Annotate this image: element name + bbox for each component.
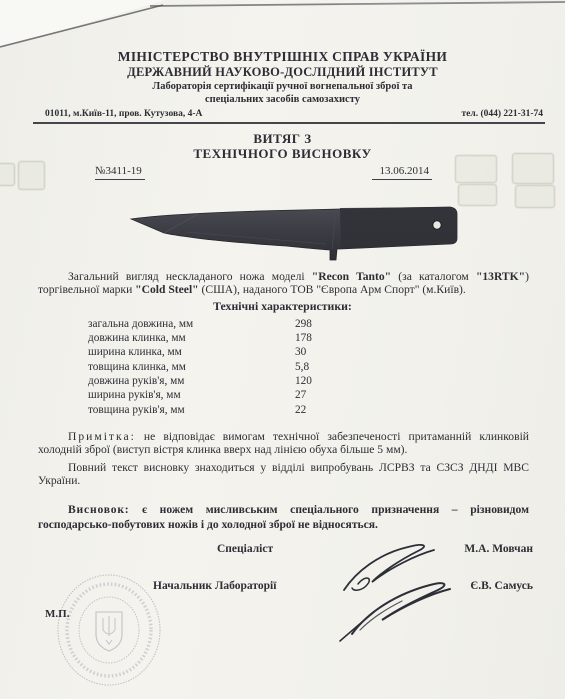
address-row: 01011, м.Київ-11, пров. Кутузова, 4-А те…	[33, 109, 545, 124]
letterhead: МІНІСТЕРСТВО ВНУТРІШНІХ СПРАВ УКРАЇНИ ДЕ…	[0, 0, 565, 106]
signer-name: Є.В. Самусь	[470, 580, 533, 592]
number-date-row: №3411-19 13.06.2014	[95, 164, 432, 180]
stamp-place-label: М.П.	[45, 608, 565, 620]
specs-table: загальна довжина, мм 298 довжина клинка,…	[88, 317, 312, 417]
phone-number: тел. (044) 221-31-74	[462, 109, 544, 119]
postal-address: 01011, м.Київ-11, пров. Кутузова, 4-А	[45, 109, 202, 119]
model-name: "Recon Tanto"	[312, 270, 391, 283]
table-row: довжина клинка, мм 178	[88, 331, 312, 345]
signature-row-lab-head: Начальник Лабораторії Є.В. Самусь	[0, 580, 565, 595]
note-paragraph: Примітка: не відповідає вимогам технічно…	[38, 430, 529, 457]
description-text: Загальний вигляд нескладаного ножа модел…	[68, 270, 312, 283]
scan-artifact-ghost-cell	[458, 184, 497, 206]
catalog-code: "13RTK"	[476, 270, 525, 283]
brand-name: "Cold Steel"	[135, 283, 198, 296]
table-row: ширина руків'я, мм 27	[88, 388, 312, 402]
scan-artifact-ghost-cell	[0, 163, 15, 186]
note-label: Примітка:	[68, 430, 136, 443]
scan-artifact-ghost-cell	[455, 155, 497, 183]
table-row: товщина клинка, мм 5,8	[88, 360, 312, 374]
signer-role: Начальник Лабораторії	[153, 580, 276, 592]
ministry-name: МІНІСТЕРСТВО ВНУТРІШНІХ СПРАВ УКРАЇНИ	[0, 49, 565, 65]
table-row: загальна довжина, мм 298	[88, 317, 312, 331]
table-row: товщина руків'я, мм 22	[88, 403, 312, 417]
document-number: №3411-19	[95, 164, 145, 180]
knife-photo	[126, 202, 462, 264]
full-text-paragraph: Повний текст висновку знаходиться у відд…	[38, 461, 529, 488]
signer-role: Спеціаліст	[217, 543, 273, 555]
title-line1: ВИТЯГ З	[0, 131, 565, 146]
scan-artifact-ghost-cell	[512, 153, 554, 184]
scan-artifact-ghost-cell	[18, 161, 45, 190]
document-date: 13.06.2014	[372, 164, 433, 180]
table-row: довжина руків'я, мм 120	[88, 374, 312, 388]
description-paragraph: Загальний вигляд нескладаного ножа модел…	[38, 270, 529, 297]
scanned-document-page: МІНІСТЕРСТВО ВНУТРІШНІХ СПРАВ УКРАЇНИ ДЕ…	[0, 0, 565, 699]
table-row: ширина клинка, мм 30	[88, 345, 312, 359]
conclusion-paragraph: Висновок: є ножем мисливським спеціально…	[38, 502, 529, 533]
specs-heading: Технічні характеристики:	[0, 299, 565, 314]
lab-name-line1: Лабораторія сертифікації ручної вогнепал…	[0, 80, 565, 93]
signer-name: М.А. Мовчан	[464, 543, 533, 555]
conclusion-label: Висновок:	[68, 503, 129, 516]
lab-name-line2: спеціальних засобів самозахисту	[0, 93, 565, 106]
institute-name: ДЕРЖАВНИЙ НАУКОВО-ДОСЛІДНИЙ ІНСТИТУТ	[0, 65, 565, 80]
scan-artifact-ghost-cell	[515, 185, 555, 208]
signature-row-specialist: Спеціаліст М.А. Мовчан	[0, 543, 565, 558]
